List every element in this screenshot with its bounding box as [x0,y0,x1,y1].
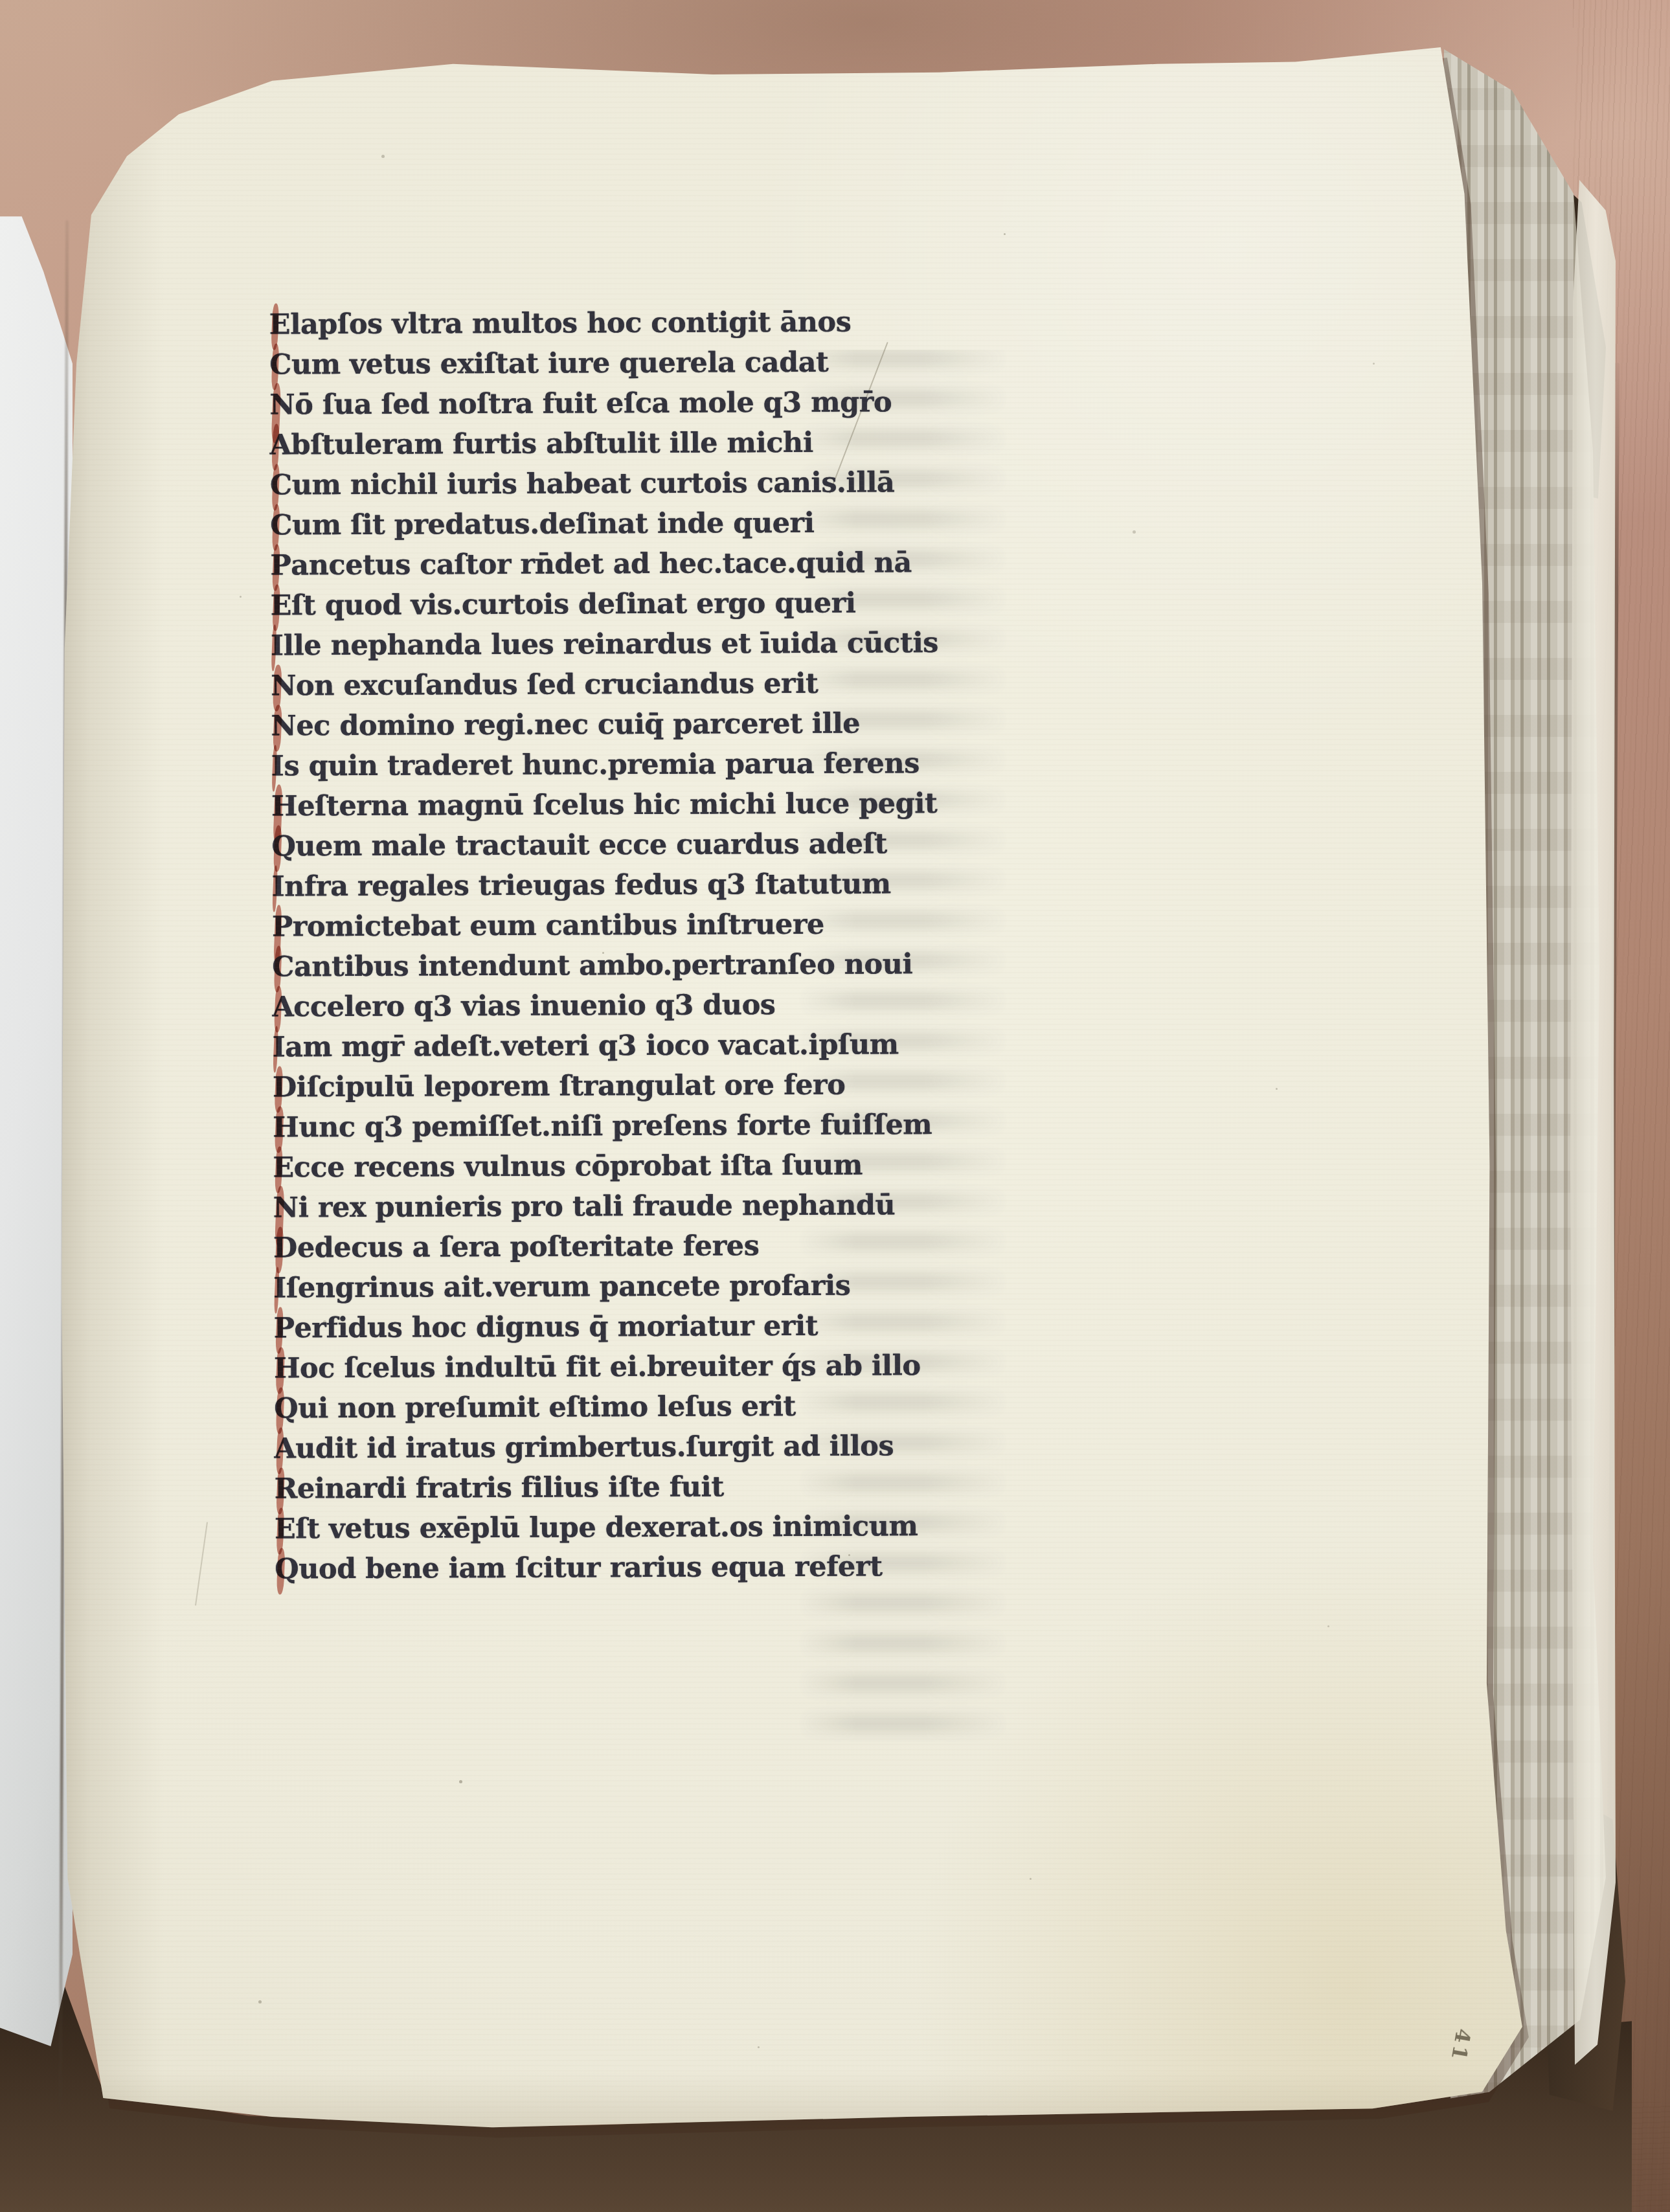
verse-text: erfidus hoc dignus q̄ moriatur erit [294,1310,818,1345]
rubricated-initial: N [271,706,296,746]
verse-text: ō ſua ſed noſtra fuit eſca mole q3 mgr̄o [295,386,892,421]
verse-line: Iſengrinus ait.verum pancete profaris [273,1265,1018,1308]
verse-line: Qui non preſumit eſtimo leſus erit [274,1385,1019,1428]
rubricated-initial: E [271,585,292,626]
verse-line: Iam mgr̄ adeſt.veteri q3 ioco vacat.ipſu… [273,1024,1017,1067]
verse-line: Accelero q3 vias inuenio q3 duos [272,984,1017,1027]
rubricated-initial: C [272,947,294,987]
verse-text: cce recens vulnus cōprobat iſta ſuum [294,1149,863,1184]
book-page: Elapſos vltra multos hoc contigit ānosCu… [45,39,1528,2134]
verse-text: uem male tractauit ecce cuardus adeſt [295,828,887,863]
verse-text: um ſit predatus.deſinat inde queri [292,507,815,542]
rubricated-initial: C [270,505,292,545]
rubricated-initial: I [271,746,284,786]
rubricated-initial: I [271,866,284,907]
rubricated-initial: A [274,1428,295,1469]
verse-text-block: Elapſos vltra multos hoc contigit ānosCu… [269,302,1020,1590]
verse-text: lapſos vltra multos hoc contigit ānos [290,306,851,341]
verse-line: Is quin traderet hunc.premia parua feren… [271,743,1016,786]
verse-line: Nec domino regi.nec cuiq̄ parceret ille [271,703,1015,746]
verse-text: iſcipulū leporem ſtrangulat ore fero [297,1069,846,1104]
rubricated-initial: I [271,626,284,666]
verse-line: Hoc ſcelus indultū fit ei.breuiter q́s a… [274,1345,1019,1388]
verse-text: ſt vetus exēplū lupe dexerat.os inimicum [295,1510,918,1545]
verse-line: Quod bene iam ſcitur rarius equa refert [275,1546,1019,1589]
verse-line: Infra regales trieugas fedus q3 ſtatutum [271,863,1016,907]
verse-line: Diſcipulū leporem ſtrangulat ore fero [273,1064,1017,1107]
verse-text: ſengrinus ait.verum pancete profaris [286,1270,851,1305]
verse-text: ui non preſumit eſtimo leſus erit [298,1390,796,1425]
verse-line: Reinardi fratris filius iſte fuit [275,1465,1019,1509]
verse-text: nfra regales trieugas fedus q3 ſtatutum [284,868,891,903]
verse-line: Eſt quod vis.curtois deſinat ergo queri [271,582,1015,626]
rubricated-initial: Q [274,1388,298,1428]
rubricated-initial: H [271,786,297,826]
rubricated-initial: P [270,545,291,585]
rubricated-initial: Q [275,1549,299,1589]
rubricated-initial: E [269,304,291,344]
quire-signature-mark: 41 [1446,2027,1476,2064]
verse-line: Audit id iratus grimbertus.ſurgit ad ill… [274,1425,1019,1469]
verse-line: Pancetus caſtor rn̄det ad hec.tace.quid … [270,542,1015,585]
rubricated-initial: P [272,907,293,947]
verse-text: bſtuleram furtis abſtulit ille michi [291,427,813,462]
outer-leaf-edge [1570,58,1616,2085]
rubricated-initial: P [273,1308,294,1348]
verse-text: edecus a ſera poſteritate feres [297,1230,760,1264]
verse-text: ec domino regi.nec cuiq̄ parceret ille [296,708,860,743]
rubricated-initial: N [269,385,295,425]
verse-text: romictebat eum cantibus inſtruere [293,909,824,943]
verse-line: Abſtuleram furtis abſtulit ille michi [269,422,1014,465]
verse-line: Dedecus a ſera poſteritate feres [273,1224,1018,1268]
verse-line: Promictebat eum cantibus inſtruere [272,903,1017,947]
rubricated-initial: I [273,1027,286,1067]
photo-canvas: Elapſos vltra multos hoc contigit ānosCu… [0,0,1670,2212]
verse-text: ccelero q3 vias inuenio q3 duos [293,989,775,1023]
verse-line: Ni rex punieris pro tali fraude nephandū [273,1184,1018,1228]
verse-line: Elapſos vltra multos hoc contigit ānos [269,302,1014,345]
verse-text: antibus intendunt ambo.pertranſeo noui [294,948,913,983]
rubricated-initial: N [273,1188,299,1228]
rubricated-initial: R [275,1469,298,1509]
rubricated-initial: C [270,465,292,505]
verse-text: eſterna magnū ſcelus hic michi luce pegi… [297,787,937,822]
rubricated-initial: E [273,1147,294,1188]
verse-text: um nichil iuris habeat curtois canis.ill… [292,466,895,501]
verse-text: ancetus caſtor rn̄det ad hec.tace.quid n… [291,547,912,581]
verse-text: oc ſcelus indultū fit ei.breuiter q́s ab… [300,1349,921,1384]
verse-text: lle nephanda lues reinardus et īuida cūc… [283,627,938,662]
verse-text: ſt quod vis.curtois deſinat ergo queri [291,587,856,622]
verse-text: udit id iratus grimbertus.ſurgit ad illo… [295,1430,894,1465]
verse-line: Eſt vetus exēplū lupe dexerat.os inimicu… [275,1506,1019,1549]
rubricated-initial: H [274,1348,300,1388]
verse-line: Ille nephanda lues reinardus et īuida cū… [271,622,1015,666]
verse-line: Cum nichil iuris habeat curtois canis.il… [270,462,1015,505]
verse-line: Nō ſua ſed noſtra fuit eſca mole q3 mgr̄… [269,381,1014,425]
verse-line: Perfidus hoc dignus q̄ moriatur erit [273,1305,1018,1348]
verse-line: Heſterna magnū ſcelus hic michi luce peg… [271,783,1016,826]
verse-line: Quem male tractauit ecce cuardus adeſt [271,823,1016,866]
verse-text: i rex punieris pro tali fraude nephandū [298,1189,895,1224]
verse-line: Cum vetus exiſtat iure querela cadat [269,341,1014,385]
rubricated-initial: D [273,1228,297,1268]
verse-text: s quin traderet hunc.premia parua ferens [284,747,920,782]
rubricated-initial: E [275,1509,296,1549]
rubricated-initial: Q [271,826,295,866]
verse-text: einardi fratris filius iſte fuit [297,1471,724,1505]
verse-line: Cum ſit predatus.deſinat inde queri [270,502,1015,545]
verse-line: Hunc q3 pemiſſet.niſi preſens forte fuiſ… [273,1104,1017,1147]
verse-text: am mgr̄ adeſt.veteri q3 ioco vacat.ipſum [285,1028,899,1063]
paper-fiber-mark [195,1522,208,1605]
rubricated-initial: A [272,987,293,1027]
verse-text: on excuſandus ſed cruciandus erit [296,668,818,703]
verse-text: uod bene iam ſcitur rarius equa refert [299,1550,882,1585]
verse-text: unc q3 pemiſſet.niſi preſens forte fuiſſ… [299,1109,932,1144]
rubricated-initial: A [269,425,291,465]
verse-line: Cantibus intendunt ambo.pertranſeo noui [272,943,1017,987]
verse-text: um vetus exiſtat iure querela cadat [291,346,829,381]
rubricated-initial: C [269,344,291,385]
rubricated-initial: I [273,1268,286,1308]
verse-line: Non excuſandus ſed cruciandus erit [271,662,1015,706]
rubricated-initial: H [273,1107,299,1147]
rubricated-initial: D [273,1067,297,1107]
verse-line: Ecce recens vulnus cōprobat iſta ſuum [273,1144,1017,1188]
rubricated-initial: N [271,666,296,706]
